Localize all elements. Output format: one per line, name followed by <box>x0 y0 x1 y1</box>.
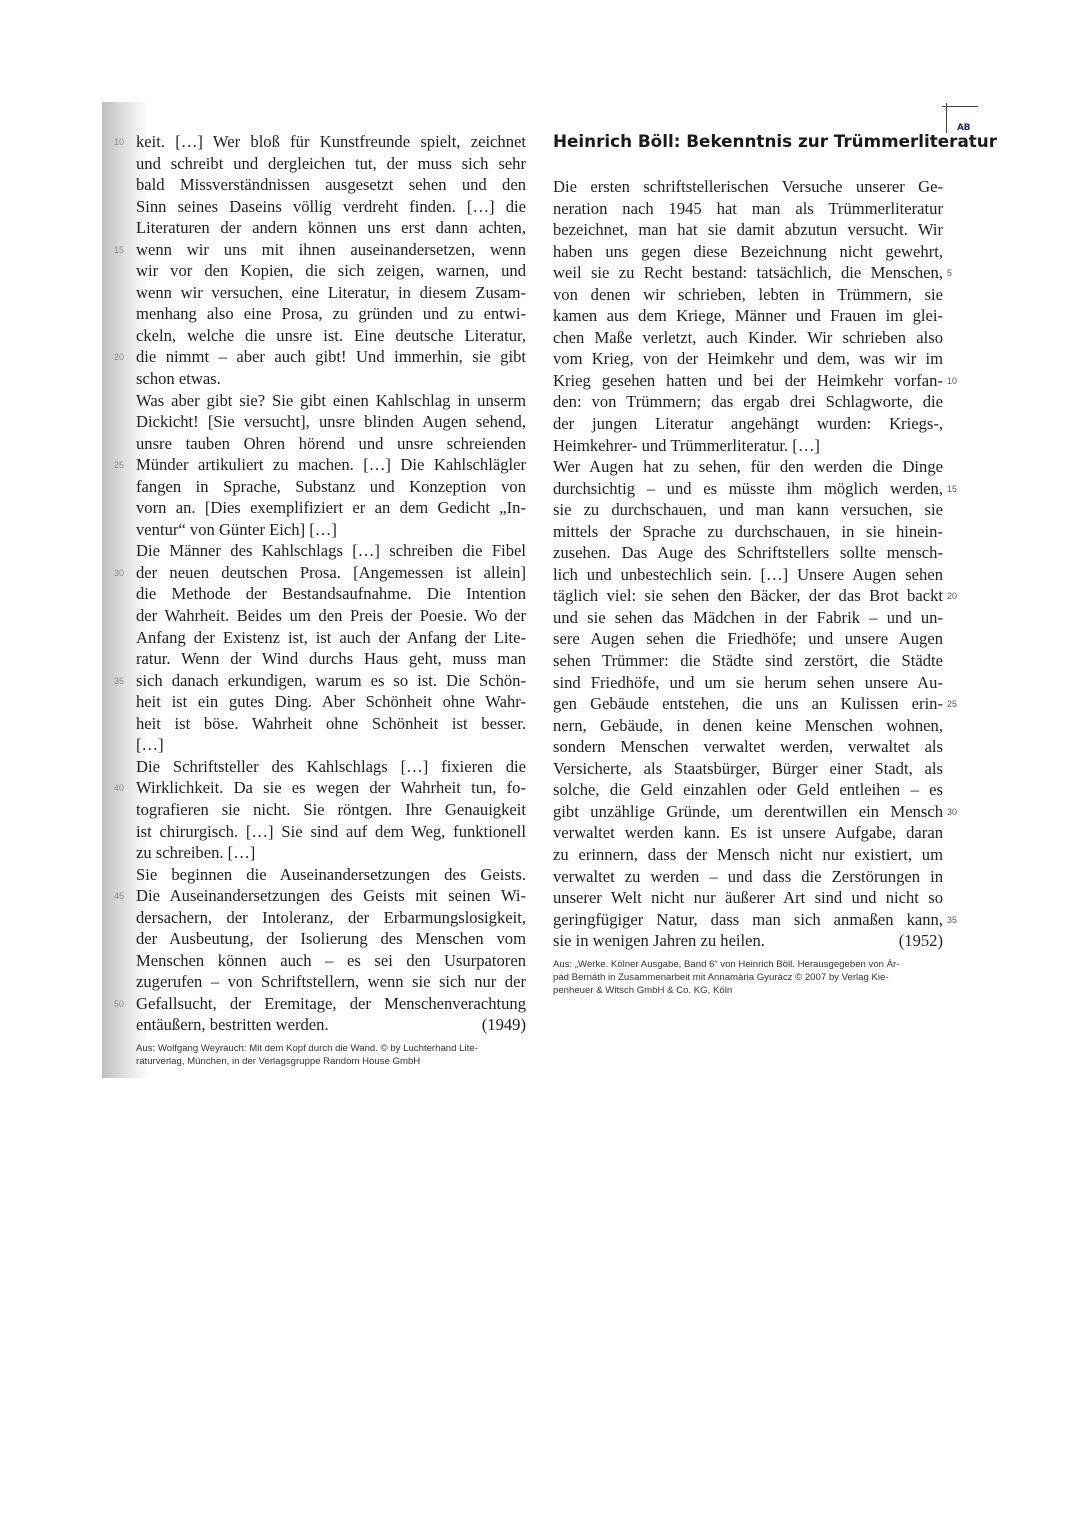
text-line: 10Krieg gesehen hatten und bei der Heimk… <box>553 370 943 392</box>
line-text: nern, Gebäude, in denen keine Menschen w… <box>553 716 943 735</box>
text-line: chen Maße verletzt, auch Kinder. Wir sch… <box>553 327 943 349</box>
line-text: haben uns gegen diese Bezeichnung nicht … <box>553 242 943 261</box>
line-text: von denen wir schrieben, lebten in Trümm… <box>553 285 943 304</box>
text-line: die Methode der Bestandsaufnahme. Die In… <box>136 583 526 605</box>
text-line: 15wenn wir uns mit ihnen auseinandersetz… <box>136 239 526 261</box>
text-line: mittels der Sprache zu durchschauen, in … <box>553 521 943 543</box>
line-number: 40 <box>114 778 130 800</box>
line-number: 25 <box>947 694 961 716</box>
line-text: Menschen können auch – es sei den Usurpa… <box>136 951 526 970</box>
text-line: sere Augen sehen die Friedhöfe; und unse… <box>553 628 943 650</box>
text-line: Wer Augen hat zu sehen, für den werden d… <box>553 456 943 478</box>
text-line: Was aber gibt sie? Sie gibt einen Kahlsc… <box>136 390 526 412</box>
publication-year: (1952) <box>899 930 943 952</box>
text-line: vom Krieg, von der Heimkehr und dem, was… <box>553 348 943 370</box>
line-text: ckeln, welche die unsre ist. Eine deutsc… <box>136 326 526 345</box>
line-text: durchsichtig – und es müsste ihm möglich… <box>553 479 943 498</box>
text-line: Die Männer des Kahlschlags […] schreiben… <box>136 540 526 562</box>
text-line: 35geringfügiger Natur, dass man sich anm… <box>553 909 943 931</box>
text-line: vorn an. [Dies exemplifiziert er an dem … <box>136 497 526 519</box>
line-text: Münder artikuliert zu machen. […] Die Ka… <box>136 455 526 474</box>
line-text: Dickicht! [Sie versucht], unsre blinden … <box>136 412 526 431</box>
text-line: der jungen Literatur angehängt wurden: K… <box>553 413 943 435</box>
line-number: 5 <box>947 263 961 285</box>
text-line: zugerufen – von Schriftstellern, wenn si… <box>136 971 526 993</box>
line-text: chen Maße verletzt, auch Kinder. Wir sch… <box>553 328 943 347</box>
line-text: täglich viel: sie sehen den Bäcker, der … <box>553 586 943 605</box>
text-line: Heimkehrer- und Trümmerliteratur. […] <box>553 435 943 457</box>
text-line: 5weil sie zu Recht bestand: tatsächlich,… <box>553 262 943 284</box>
text-line: 40Wirklichkeit. Da sie es wegen der Wahr… <box>136 777 526 799</box>
line-text: der Wahrheit. Beides um den Preis der Po… <box>136 606 526 625</box>
line-number: 35 <box>947 910 961 932</box>
line-text: schon etwas. <box>136 369 221 388</box>
line-number: 20 <box>114 347 130 369</box>
line-text: gen Gebäude entstehen, die uns an Kuliss… <box>553 694 943 713</box>
text-line: nern, Gebäude, in denen keine Menschen w… <box>553 715 943 737</box>
source-citation-line: pád Bernáth in Zusammenarbeit mit Annamà… <box>553 971 943 984</box>
line-text: lich und unbestechlich sein. […] Unsere … <box>553 565 943 584</box>
line-text: Gefallsucht, der Eremitage, der Menschen… <box>136 994 526 1013</box>
text-line: Literaturen der andern können uns erst d… <box>136 217 526 239</box>
text-line: Die Schriftsteller des Kahlschlags […] f… <box>136 756 526 778</box>
text-line: von denen wir schrieben, lebten in Trümm… <box>553 284 943 306</box>
text-line: Anfang der Existenz ist, ist auch der An… <box>136 627 526 649</box>
line-text: vom Krieg, von der Heimkehr und dem, was… <box>553 349 943 368</box>
line-text: den: von Trümmern; das ergab drei Schlag… <box>553 392 943 411</box>
text-line: 35sich danach erkundigen, warum es so is… <box>136 670 526 692</box>
text-line: 30gibt unzählige Gründe, um derentwillen… <box>553 801 943 823</box>
line-text: ratur. Wenn der Wind durchs Haus geht, m… <box>136 649 526 668</box>
text-line: dersachern, der Intoleranz, der Erbarmun… <box>136 907 526 929</box>
line-number: 10 <box>114 132 130 154</box>
line-text: verwaltet werden kann. Es ist unsere Auf… <box>553 823 943 842</box>
line-text: Sie beginnen die Auseinandersetzungen de… <box>136 865 526 884</box>
line-text: unserer Welt nicht nur äußerer Art sind … <box>553 888 943 907</box>
text-line: tografieren sie nicht. Sie röntgen. Ihre… <box>136 799 526 821</box>
line-text: bald Missverständnissen ausgesetzt sehen… <box>136 175 526 194</box>
line-text: sie zu durchschauen, und man kann versuc… <box>553 500 943 519</box>
text-line: entäußern, bestritten werden.(1949) <box>136 1014 526 1036</box>
line-text: Versicherte, als Staatsbürger, Bürger ei… <box>553 759 943 778</box>
line-text: wenn wir versuchen, eine Literatur, in d… <box>136 283 526 302</box>
line-text: entäußern, bestritten werden. <box>136 1015 329 1034</box>
line-text: neration nach 1945 hat man als Trümmerli… <box>553 199 943 218</box>
text-line: 20täglich viel: sie sehen den Bäcker, de… <box>553 585 943 607</box>
text-line: heit ist ein gutes Ding. Aber Schönheit … <box>136 691 526 713</box>
line-text: der jungen Literatur angehängt wurden: K… <box>553 414 943 433</box>
line-text: zu schreiben. […] <box>136 843 255 862</box>
line-text: solche, die Geld einzahlen oder Geld ent… <box>553 780 943 799</box>
line-text: heit ist ein gutes Ding. Aber Schönheit … <box>136 692 526 711</box>
text-line: verwaltet werden kann. Es ist unsere Auf… <box>553 822 943 844</box>
line-text: der Ausbeutung, der Isolierung des Mensc… <box>136 929 526 948</box>
line-text: sere Augen sehen die Friedhöfe; und unse… <box>553 629 943 648</box>
text-line: sind Friedhöfe, und um sie herum sehen u… <box>553 672 943 694</box>
line-number: 10 <box>947 371 961 393</box>
source-citation-line: penheuer & Witsch GmbH & Co. KG, Köln <box>553 984 943 997</box>
line-text: wir vor den Kopien, die sich zeigen, war… <box>136 261 526 280</box>
text-line: sie zu durchschauen, und man kann versuc… <box>553 499 943 521</box>
text-line: ist chirurgisch. […] Sie sind auf dem We… <box>136 821 526 843</box>
line-text: zugerufen – von Schriftstellern, wenn si… <box>136 972 526 991</box>
line-number: 30 <box>947 802 961 824</box>
crop-mark-vertical <box>946 103 947 133</box>
text-line: zu erinnern, dass der Mensch nicht nur e… <box>553 844 943 866</box>
text-line: menhang also eine Prosa, zu gründen und … <box>136 303 526 325</box>
line-text: sich danach erkundigen, warum es so ist.… <box>136 671 526 690</box>
text-line: der Wahrheit. Beides um den Preis der Po… <box>136 605 526 627</box>
line-text: Literaturen der andern können uns erst d… <box>136 218 526 237</box>
line-text: sondern Menschen verwaltet werden, verwa… <box>553 737 943 756</box>
text-line: bald Missverständnissen ausgesetzt sehen… <box>136 174 526 196</box>
line-text: unsre tauben Ohren hörend und unsre schr… <box>136 434 526 453</box>
line-text: Wirklichkeit. Da sie es wegen der Wahrhe… <box>136 778 526 797</box>
line-text: sie in wenigen Jahren zu heilen. <box>553 931 765 950</box>
text-line: schon etwas. <box>136 368 526 390</box>
text-line: fangen in Sprache, Substanz und Konzepti… <box>136 476 526 498</box>
source-citation: Aus: „Werke. Kölner Ausgabe, Band 6“ von… <box>553 958 943 997</box>
text-line: Dickicht! [Sie versucht], unsre blinden … <box>136 411 526 433</box>
line-text: Krieg gesehen hatten und bei der Heimkeh… <box>553 371 943 390</box>
text-line: 15durchsichtig – und es müsste ihm mögli… <box>553 478 943 500</box>
text-line: 30der neuen deutschen Prosa. [Angemessen… <box>136 562 526 584</box>
text-line: kamen aus dem Kriege, Männer und Frauen … <box>553 305 943 327</box>
text-line: […] <box>136 734 526 756</box>
line-text: bezeichnet, man hat sie damit abzutun ve… <box>553 220 943 239</box>
text-line: unsre tauben Ohren hörend und unsre schr… <box>136 433 526 455</box>
line-text: sehen Trümmer: die Städte sind zerstört,… <box>553 651 943 670</box>
line-text: heit ist böse. Wahrheit ohne Schönheit i… <box>136 714 526 733</box>
text-line: ckeln, welche die unsre ist. Eine deutsc… <box>136 325 526 347</box>
line-text: dersachern, der Intoleranz, der Erbarmun… <box>136 908 526 927</box>
source-citation-line: raturverlag, München, in der Verlagsgrup… <box>136 1055 526 1068</box>
text-line: sondern Menschen verwaltet werden, verwa… <box>553 736 943 758</box>
line-text: Die ersten schriftstellerischen Versuche… <box>553 177 943 196</box>
text-line: und sie sehen das Mädchen in der Fabrik … <box>553 607 943 629</box>
line-text: mittels der Sprache zu durchschauen, in … <box>553 522 943 541</box>
text-line: wir vor den Kopien, die sich zeigen, war… <box>136 260 526 282</box>
text-line: bezeichnet, man hat sie damit abzutun ve… <box>553 219 943 241</box>
line-text: vorn an. [Dies exemplifiziert er an dem … <box>136 498 526 517</box>
text-line: 25gen Gebäude entstehen, die uns an Kuli… <box>553 693 943 715</box>
right-column-text: Die ersten schriftstellerischen Versuche… <box>553 176 943 997</box>
text-line: 20die nimmt – aber auch gibt! Und immerh… <box>136 346 526 368</box>
line-text: ist chirurgisch. […] Sie sind auf dem We… <box>136 822 526 841</box>
line-number: 30 <box>114 563 130 585</box>
text-line: 25Münder artikuliert zu machen. […] Die … <box>136 454 526 476</box>
line-text: tografieren sie nicht. Sie röntgen. Ihre… <box>136 800 526 819</box>
line-text: Die Schriftsteller des Kahlschlags […] f… <box>136 757 526 776</box>
text-line: neration nach 1945 hat man als Trümmerli… <box>553 198 943 220</box>
text-line: 45Die Auseinandersetzungen des Geists mi… <box>136 885 526 907</box>
line-text: weil sie zu Recht bestand: tatsächlich, … <box>553 263 943 282</box>
crop-mark-horizontal <box>942 106 978 107</box>
source-citation-line: Aus: Wolfgang Weyrauch: Mit dem Kopf dur… <box>136 1042 526 1055</box>
text-line: haben uns gegen diese Bezeichnung nicht … <box>553 241 943 263</box>
line-text: Anfang der Existenz ist, ist auch der An… <box>136 628 526 647</box>
text-line: sehen Trümmer: die Städte sind zerstört,… <box>553 650 943 672</box>
line-text: keit. […] Wer bloß für Kunstfreunde spie… <box>136 132 526 151</box>
line-number: 25 <box>114 455 130 477</box>
line-text: gibt unzählige Gründe, um derentwillen e… <box>553 802 943 821</box>
text-line: ventur“ von Günter Eich] […] <box>136 519 526 541</box>
text-line: heit ist böse. Wahrheit ohne Schönheit i… <box>136 713 526 735</box>
text-line: ratur. Wenn der Wind durchs Haus geht, m… <box>136 648 526 670</box>
line-text: der neuen deutschen Prosa. [Angemessen i… <box>136 563 526 582</box>
line-text: menhang also eine Prosa, zu gründen und … <box>136 304 526 323</box>
line-text: kamen aus dem Kriege, Männer und Frauen … <box>553 306 943 325</box>
text-line: lich und unbestechlich sein. […] Unsere … <box>553 564 943 586</box>
line-number: 35 <box>114 671 130 693</box>
line-number: 50 <box>114 994 130 1016</box>
line-text: Die Männer des Kahlschlags […] schreiben… <box>136 541 526 560</box>
text-line: Sie beginnen die Auseinandersetzungen de… <box>136 864 526 886</box>
text-line: Menschen können auch – es sei den Usurpa… <box>136 950 526 972</box>
publication-year: (1949) <box>482 1014 526 1036</box>
text-line: unserer Welt nicht nur äußerer Art sind … <box>553 887 943 909</box>
text-line: Sinn seines Daseins völlig verdreht find… <box>136 196 526 218</box>
text-line: zu schreiben. […] <box>136 842 526 864</box>
line-text: die Methode der Bestandsaufnahme. Die In… <box>136 584 526 603</box>
text-line: wenn wir versuchen, eine Literatur, in d… <box>136 282 526 304</box>
line-text: zu erinnern, dass der Mensch nicht nur e… <box>553 845 943 864</box>
line-text: Wer Augen hat zu sehen, für den werden d… <box>553 457 943 476</box>
line-text: die nimmt – aber auch gibt! Und immerhin… <box>136 347 526 366</box>
line-text: verwaltet zu werden – und dass die Zerst… <box>553 867 943 886</box>
article-title: Heinrich Böll: Bekenntnis zur Trümmerlit… <box>553 131 997 151</box>
line-text: und sie sehen das Mädchen in der Fabrik … <box>553 608 943 627</box>
line-text: Was aber gibt sie? Sie gibt einen Kahlsc… <box>136 391 526 410</box>
line-text: Die Auseinandersetzungen des Geists mit … <box>136 886 526 905</box>
line-number: 45 <box>114 886 130 908</box>
left-column-text: 10keit. […] Wer bloß für Kunstfreunde sp… <box>136 131 526 1068</box>
line-text: zusehen. Das Auge des Schriftstellers so… <box>553 543 943 562</box>
text-line: 50Gefallsucht, der Eremitage, der Mensch… <box>136 993 526 1015</box>
line-text: Heimkehrer- und Trümmerliteratur. […] <box>553 436 820 455</box>
line-text: geringfügiger Natur, dass man sich anmaß… <box>553 910 943 929</box>
line-number: 20 <box>947 586 961 608</box>
text-line: sie in wenigen Jahren zu heilen.(1952) <box>553 930 943 952</box>
line-text: sind Friedhöfe, und um sie herum sehen u… <box>553 673 943 692</box>
source-citation-line: Aus: „Werke. Kölner Ausgabe, Band 6“ von… <box>553 958 943 971</box>
line-text: wenn wir uns mit ihnen auseinandersetzen… <box>136 240 526 259</box>
line-number: 15 <box>947 479 961 501</box>
text-line: solche, die Geld einzahlen oder Geld ent… <box>553 779 943 801</box>
line-number: 15 <box>114 240 130 262</box>
text-line: und schreibt und dergleichen tut, der mu… <box>136 153 526 175</box>
line-text: fangen in Sprache, Substanz und Konzepti… <box>136 477 526 496</box>
source-citation: Aus: Wolfgang Weyrauch: Mit dem Kopf dur… <box>136 1042 526 1068</box>
line-text: […] <box>136 735 164 754</box>
text-line: Versicherte, als Staatsbürger, Bürger ei… <box>553 758 943 780</box>
text-line: der Ausbeutung, der Isolierung des Mensc… <box>136 928 526 950</box>
text-line: 10keit. […] Wer bloß für Kunstfreunde sp… <box>136 131 526 153</box>
text-line: zusehen. Das Auge des Schriftstellers so… <box>553 542 943 564</box>
line-text: und schreibt und dergleichen tut, der mu… <box>136 154 526 173</box>
text-line: den: von Trümmern; das ergab drei Schlag… <box>553 391 943 413</box>
line-text: Sinn seines Daseins völlig verdreht find… <box>136 197 526 216</box>
text-line: verwaltet zu werden – und dass die Zerst… <box>553 866 943 888</box>
line-text: ventur“ von Günter Eich] […] <box>136 520 337 539</box>
text-line: Die ersten schriftstellerischen Versuche… <box>553 176 943 198</box>
